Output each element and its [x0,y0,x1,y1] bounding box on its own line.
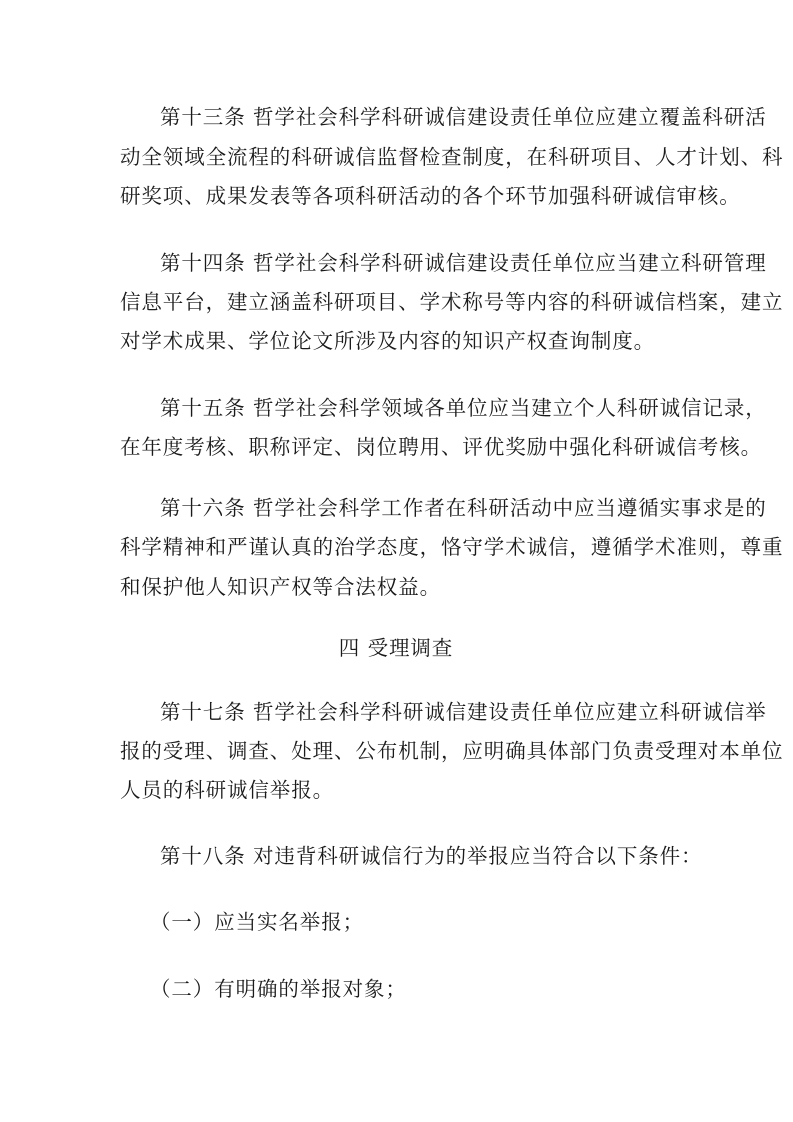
article-16-line-2: 科学精神和严谨认真的治学态度，恪守学术诚信，遵循学术准则，尊重 [120,527,672,567]
article-18-line-1: 第十八条 对违背科研诚信行为的举报应当符合以下条件： [120,836,672,876]
article-15-line-1: 第十五条 哲学社会科学领域各单位应当建立个人科研诚信记录， [120,388,672,428]
condition-item-2: （二）有明确的举报对象； [150,969,407,1009]
article-14-line-3: 对学术成果、学位论文所涉及内容的知识产权查询制度。 [120,321,672,361]
condition-item-1: （一）应当实名举报； [150,902,364,942]
article-17-line-3: 人员的科研诚信举报。 [120,770,672,810]
article-16-line-1: 第十六条 哲学社会科学工作者在科研活动中应当遵循实事求是的 [120,488,672,528]
article-17-line-1: 第十七条 哲学社会科学科研诚信建设责任单位应建立科研诚信举 [120,692,672,732]
article-14-line-1: 第十四条 哲学社会科学科研诚信建设责任单位应当建立科研管理 [120,243,672,283]
article-16-line-3: 和保护他人知识产权等合法权益。 [120,567,672,607]
article-15-line-2: 在年度考核、职称评定、岗位聘用、评优奖励中强化科研诚信考核。 [120,427,672,467]
article-17-line-2: 报的受理、调查、处理、公布机制，应明确具体部门负责受理对本单位 [120,731,672,771]
article-13-line-1: 第十三条 哲学社会科学科研诚信建设责任单位应建立覆盖科研活 [120,97,672,137]
section-heading: 四 受理调查 [120,628,672,668]
article-13-line-3: 研奖项、成果发表等各项科研活动的各个环节加强科研诚信审核。 [120,176,672,216]
article-14-line-2: 信息平台，建立涵盖科研项目、学术称号等内容的科研诚信档案，建立 [120,282,672,322]
article-13-line-2: 动全领域全流程的科研诚信监督检查制度，在科研项目、人才计划、科 [120,137,672,177]
